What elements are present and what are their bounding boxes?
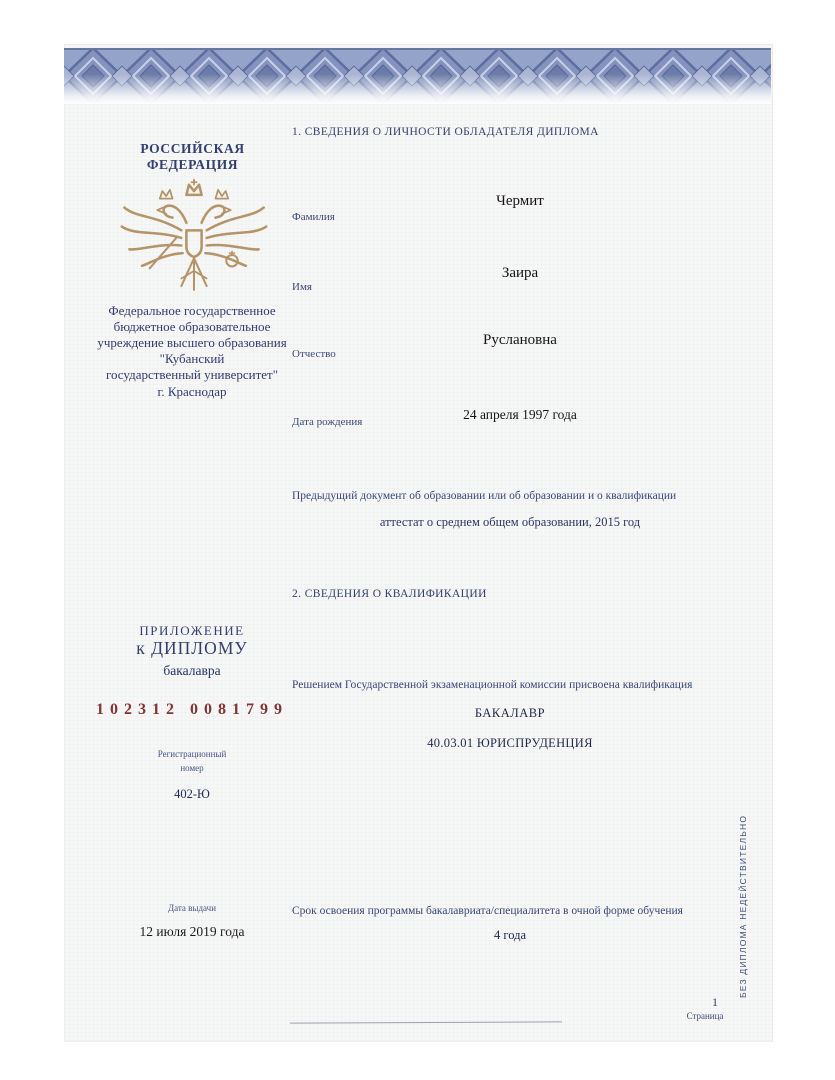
qualification-value: БАКАЛАВР — [300, 706, 720, 721]
previous-document-value: аттестат о среднем общем образовании, 20… — [300, 515, 720, 530]
issue-date: 12 июля 2019 года — [82, 924, 302, 940]
institution-name: Федеральное государственное бюджетное об… — [70, 303, 314, 400]
diamond-pattern-icon — [64, 48, 771, 104]
study-duration-label: Срок освоения программы бакалавриата/спе… — [292, 905, 744, 917]
surname-label: Фамилия — [292, 211, 492, 223]
birth-date-label: Дата рождения — [292, 416, 492, 428]
patronymic-value: Руслановна — [330, 332, 710, 349]
previous-document-label: Предыдущий документ об образовании или о… — [292, 490, 744, 502]
coat-of-arms-double-headed-eagle-icon — [118, 175, 270, 311]
program-code-and-name: 40.03.01 ЮРИСПРУДЕНЦИЯ — [300, 736, 720, 751]
section1-title: 1. СВЕДЕНИЯ О ЛИЧНОСТИ ОБЛАДАТЕЛЯ ДИПЛОМ… — [292, 126, 752, 138]
country-title: РОССИЙСКАЯ ФЕДЕРАЦИЯ — [100, 141, 285, 173]
diploma-supplement-scan: РОССИЙСКАЯ ФЕДЕРАЦИЯ — [0, 0, 835, 1080]
guilloche-border-band — [64, 48, 771, 104]
study-duration-value: 4 года — [300, 928, 720, 943]
supplement-title-line2: к ДИПЛОМУ — [92, 638, 292, 659]
serial-number: 102312 0081799 — [62, 701, 322, 719]
degree-type: бакалавра — [92, 663, 292, 679]
qualification-decision-text: Решением Государственной экзаменационной… — [292, 679, 744, 691]
given-name-value: Заира — [330, 265, 710, 282]
given-name-label: Имя — [292, 281, 492, 293]
side-validity-note: БЕЗ ДИПЛОМА НЕДЕЙСТВИТЕЛЬНО — [738, 798, 756, 998]
patronymic-label: Отчество — [292, 348, 492, 360]
registration-number: 402-Ю — [92, 787, 292, 802]
registration-number-label: Регистрационный номер — [92, 748, 292, 775]
page-number: 1 — [700, 997, 730, 1009]
page-label: Страница — [665, 1011, 745, 1021]
issue-date-label: Дата выдачи — [92, 903, 292, 913]
surname-value: Чермит — [330, 193, 710, 210]
section2-title: 2. СВЕДЕНИЯ О КВАЛИФИКАЦИИ — [292, 588, 752, 600]
supplement-title-line1: ПРИЛОЖЕНИЕ — [92, 623, 292, 639]
